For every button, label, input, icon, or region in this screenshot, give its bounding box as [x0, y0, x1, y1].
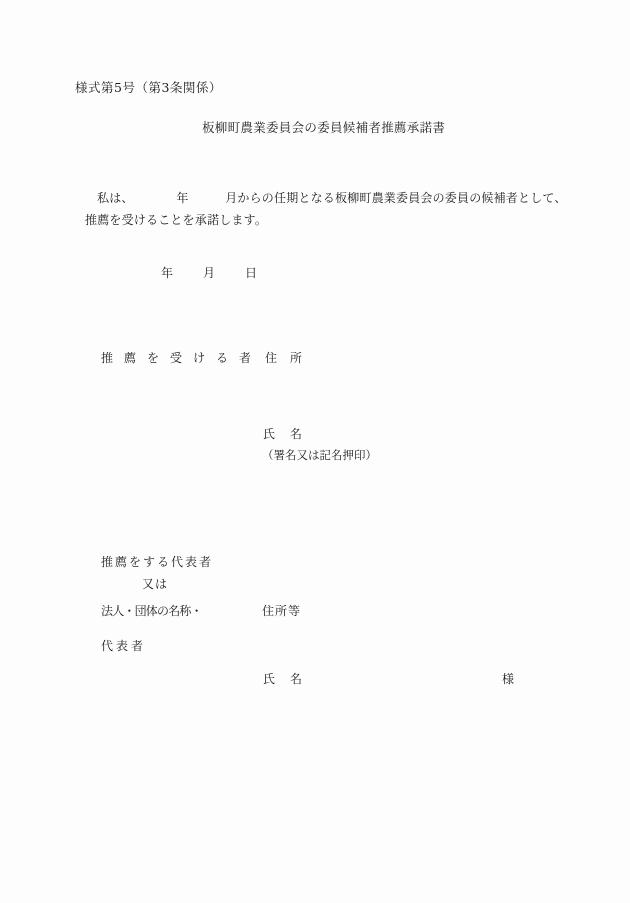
recommendee-address-label: 住 所: [265, 352, 303, 364]
recommender-name-label: 氏 名: [263, 673, 304, 685]
signature-note: （署名又は記名押印）: [262, 450, 377, 462]
recommender-label-line3: 法人・団体の名称・: [101, 605, 202, 617]
document-page: 様式第5号（第3条関係） 板柳町農業委員会の委員候補者推薦承諾書 私は、 年 月…: [0, 0, 630, 903]
consent-paragraph: 私は、 年 月からの任期となる板柳町農業委員会の委員の候補者として、 推薦を受け…: [85, 188, 585, 231]
recommender-label-line1: 推薦をする代表者: [101, 556, 213, 568]
consent-paragraph-line-1: 私は、 年 月からの任期となる板柳町農業委員会の委員の候補者として、: [85, 188, 585, 210]
recommender-label-line2: 又は: [142, 578, 168, 590]
recommendee-name-label: 氏 名: [263, 428, 304, 440]
form-number: 様式第5号（第3条関係）: [75, 82, 222, 95]
recommender-label-line4: 代表者: [101, 640, 146, 652]
honorific-label: 様: [502, 673, 514, 685]
document-title: 板柳町農業委員会の委員候補者推薦承諾書: [202, 122, 445, 135]
date-line: 年 月 日: [161, 267, 259, 279]
recommender-address-label: 住所等: [262, 605, 301, 617]
consent-paragraph-line-2: 推薦を受けることを承諾します。: [85, 210, 585, 232]
recommendee-label: 推薦を受ける者: [101, 352, 262, 364]
